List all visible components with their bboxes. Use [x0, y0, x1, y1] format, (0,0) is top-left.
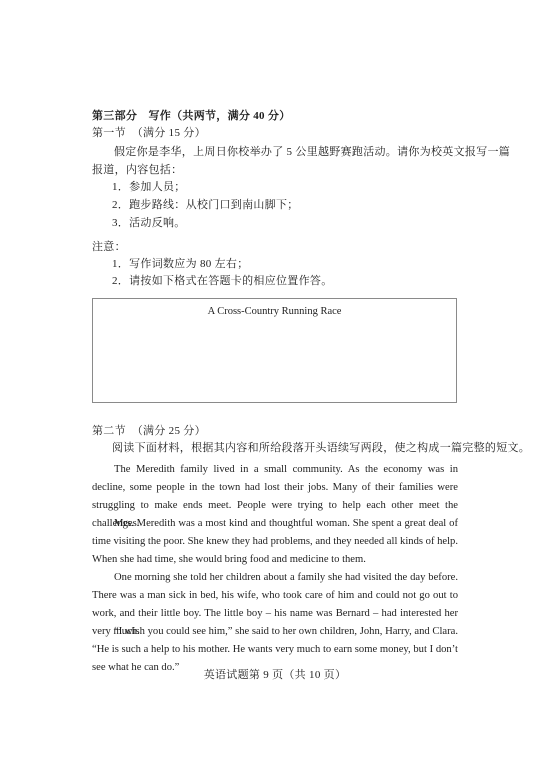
- content-item-3: 3．活动反响。: [112, 216, 186, 230]
- section1-prompt-line2: 报道，内容包括：: [92, 163, 182, 177]
- content-item-2: 2．跑步路线：从校门口到南山脚下；: [112, 198, 299, 212]
- content-item-1: 1．参加人员；: [112, 180, 186, 194]
- page-footer: 英语试题第 9 页（共 10 页）: [0, 668, 550, 682]
- answer-box-title: A Cross-Country Running Race: [93, 306, 456, 317]
- passage-paragraph-2: Mrs. Meredith was a most kind and though…: [92, 515, 458, 569]
- note-item-1: 1．写作词数应为 80 左右；: [112, 257, 249, 271]
- note-item-2: 2．请按如下格式在答题卡的相应位置作答。: [112, 274, 333, 288]
- section1-heading: 第一节 （满分 15 分）: [92, 126, 206, 140]
- section2-heading: 第二节 （满分 25 分）: [92, 424, 206, 438]
- part3-heading: 第三部分 写作（共两节，满分 40 分）: [92, 109, 291, 123]
- section1-prompt-line1: 假定你是李华，上周日你校举办了 5 公里越野赛跑活动。请你为校英文报写一篇: [114, 145, 510, 159]
- answer-box: A Cross-Country Running Race: [92, 298, 457, 403]
- section2-instruction: 阅读下面材料，根据其内容和所给段落开头语续写两段，使之构成一篇完整的短文。: [112, 441, 530, 455]
- notes-label: 注意：: [92, 240, 126, 254]
